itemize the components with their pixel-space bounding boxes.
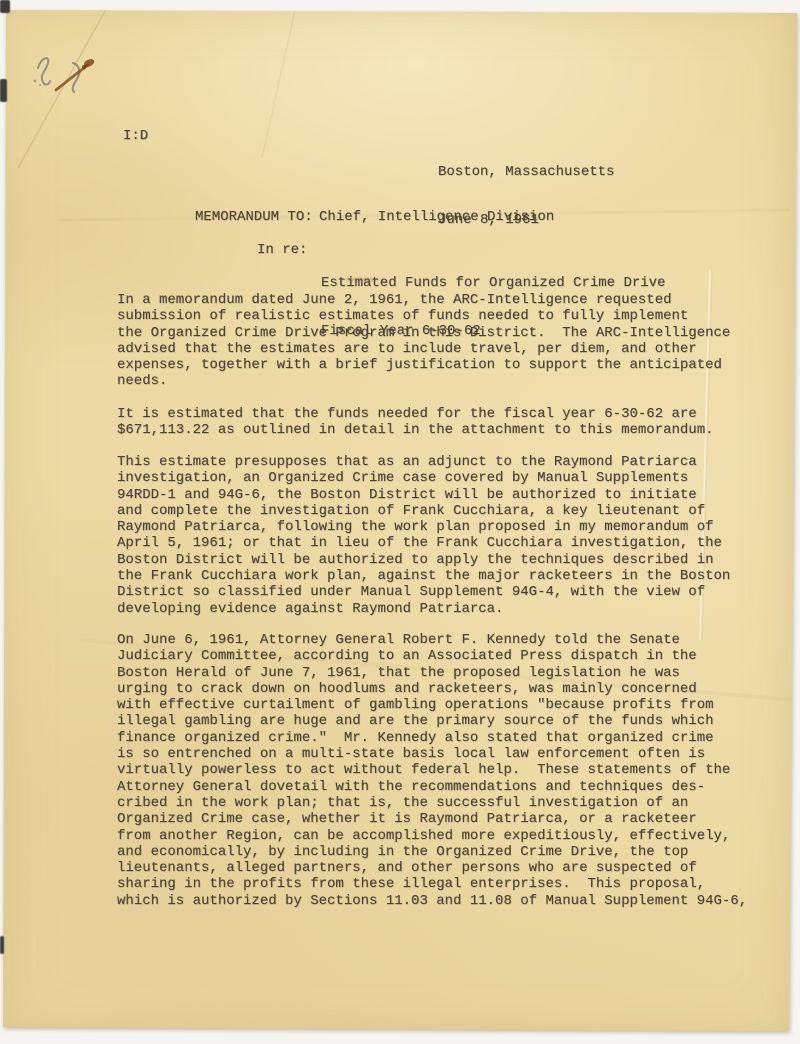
- body-paragraph-1: In a memorandum dated June 2, 1961, the …: [117, 292, 730, 390]
- handwritten-scribble-mark: [26, 48, 106, 103]
- scan-canvas: I:D Boston, Massachusetts June 8, 1961 M…: [0, 0, 800, 1044]
- scan-edge-artifact-left-lower: [0, 936, 4, 954]
- faded-underline-smudge: [346, 278, 374, 281]
- paper-shadow-wrap: I:D Boston, Massachusetts June 8, 1961 M…: [0, 0, 800, 1044]
- memo-to-value: Chief, Intelligence Division: [319, 209, 554, 225]
- in-re-label: In re:: [257, 242, 307, 258]
- scan-edge-artifact-left-upper: [0, 79, 7, 102]
- memo-page: I:D Boston, Massachusetts June 8, 1961 M…: [0, 0, 800, 1044]
- memo-to-label: MEMORANDUM TO:: [195, 209, 313, 225]
- office-symbol: I:D: [123, 128, 148, 144]
- body-paragraph-3: This estimate presupposes that as an adj…: [117, 454, 730, 617]
- dateline-place: Boston, Massachusetts: [438, 164, 614, 180]
- body-paragraph-4: On June 6, 1961, Attorney General Robert…: [117, 632, 747, 909]
- body-paragraph-2: It is estimated that the funds needed fo…: [117, 406, 714, 439]
- scan-edge-artifact-top-left: [0, 0, 10, 13]
